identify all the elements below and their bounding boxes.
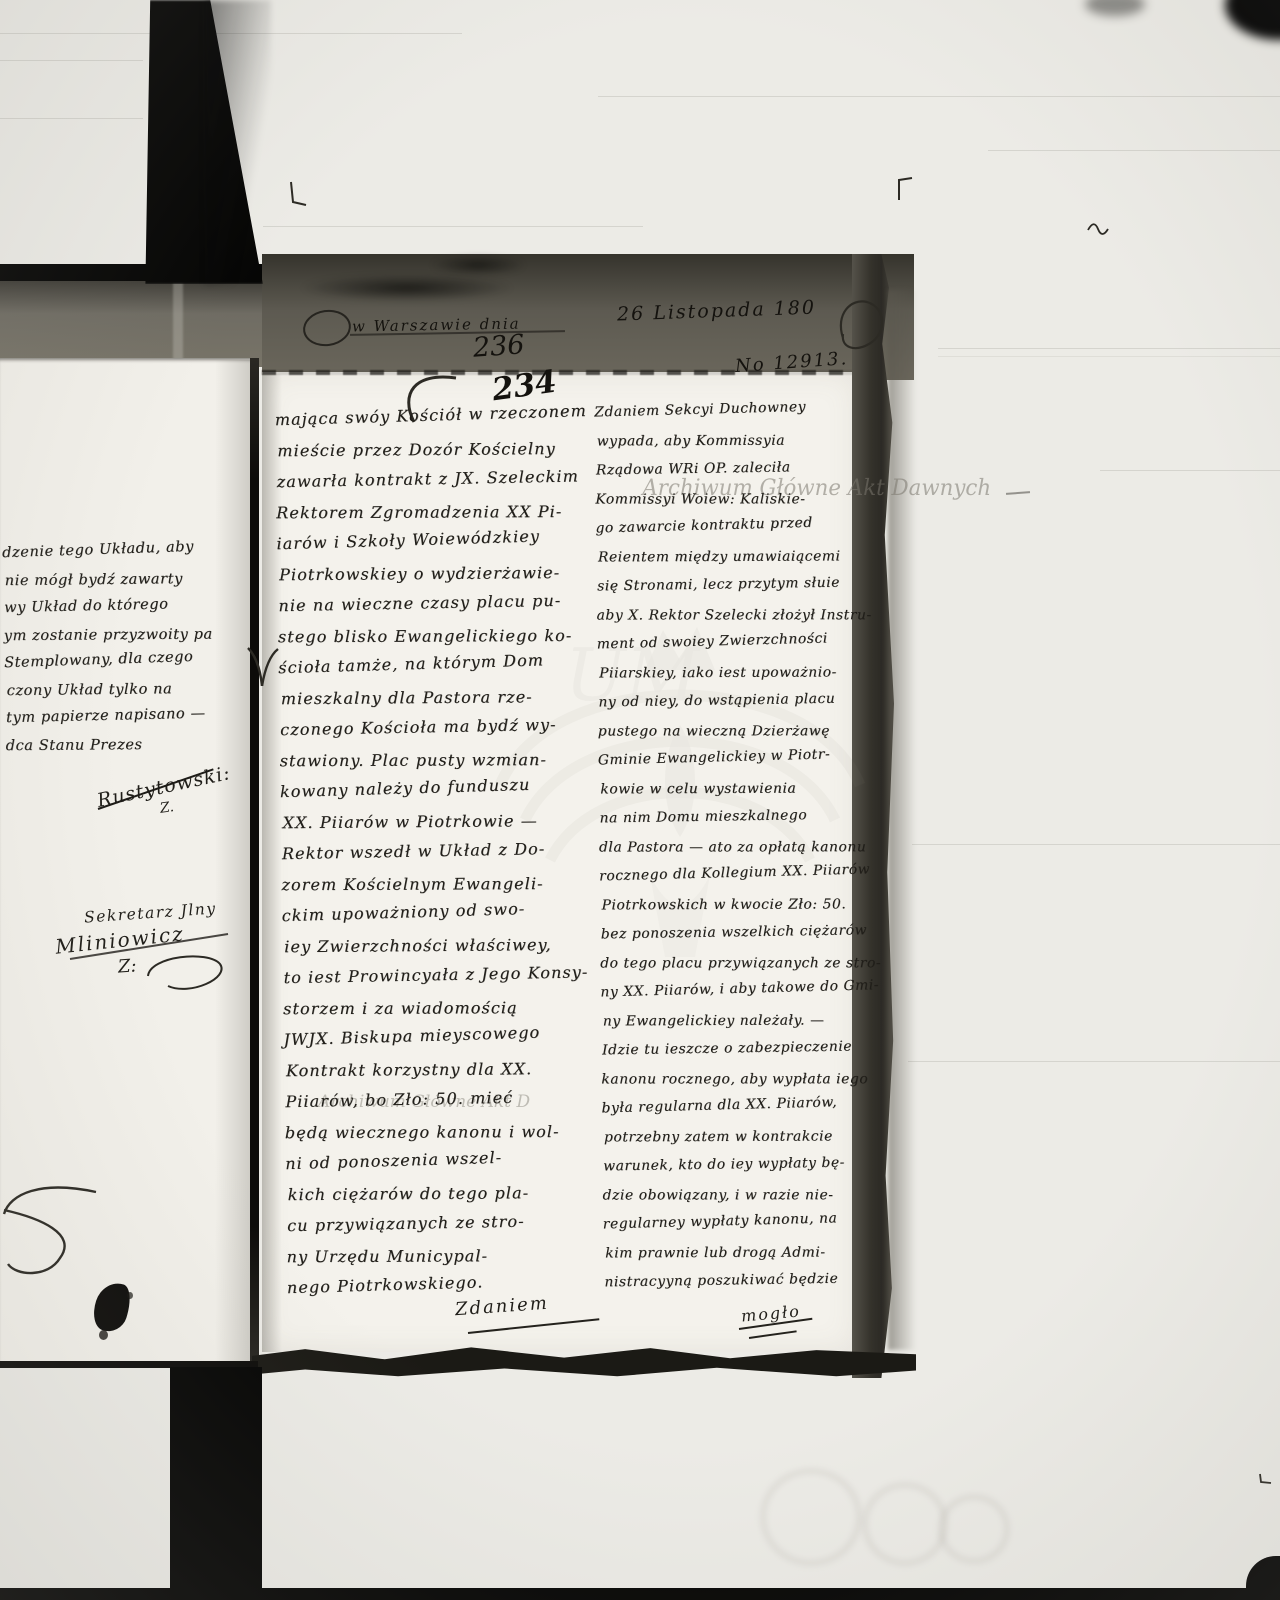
film-bottom-strip	[0, 1588, 1280, 1600]
handwritten-line: Piiarów, bo Zło: 50. mieć	[285, 1086, 606, 1123]
handwritten-line: rocznego dla Kollegium XX. Piiarów	[599, 861, 882, 897]
main-text-column-left: mająca swóy Kościół w rzeczonemmieście p…	[275, 406, 608, 1309]
pen-tick-mark	[1258, 1470, 1272, 1482]
pen-flourish-loop	[833, 294, 895, 352]
handwritten-line: dca Stanu Prezes	[6, 736, 258, 765]
handwritten-line: Idzie tu ieszcze o zabezpieczenie	[602, 1038, 884, 1071]
pen-gamma-mark	[896, 175, 914, 201]
film-scratch	[908, 1061, 1280, 1062]
page-top-dark-blotch	[300, 274, 514, 302]
main-text-column-right: Zdaniem Sekcyi Duchowneywypada, aby Komm…	[594, 402, 885, 1304]
page-right-edge-fade	[888, 290, 916, 1350]
film-scratch	[0, 118, 143, 119]
left-page-text-fragment: dzenie tego Układu, abynie mógł bydź zaw…	[2, 541, 258, 765]
film-scratch	[938, 348, 1280, 349]
watermark-ghost-circle	[938, 1494, 1010, 1564]
page-number-previous: 236	[472, 329, 526, 364]
watermark-ghost-circle	[862, 1482, 948, 1566]
handwritten-line: warunek, kto do iey wypłaty bę-	[603, 1154, 885, 1187]
book-cover-seam	[173, 281, 183, 367]
pen-squiggle-mark	[1087, 221, 1111, 237]
pen-dash-mark	[1006, 491, 1030, 495]
handwritten-line: wy Układ do którego	[4, 594, 257, 627]
handwritten-line: bez ponoszenia wszelkich ciężarów	[601, 922, 883, 955]
handwritten-line: na nim Domu mieszkalnego	[599, 806, 881, 839]
film-frame-corner	[1246, 1556, 1280, 1600]
film-scratch	[263, 226, 643, 227]
film-scratch	[1100, 470, 1280, 471]
ink-blot-dot	[127, 1292, 133, 1299]
handwritten-line: to iest Prowincyała z Jego Konsy-	[283, 962, 604, 999]
handwritten-line: ment od swoiey Zwierzchności	[597, 629, 880, 665]
signature-secretary-suffix: Z:	[117, 955, 137, 977]
film-scratch	[912, 844, 1280, 845]
handwritten-line: regularney wypłaty kanonu, na	[603, 1209, 886, 1245]
film-splice-bottom	[170, 1367, 262, 1600]
handwritten-line: tym papierze napisano —	[6, 704, 259, 737]
film-edge-smudge	[1085, 0, 1145, 16]
binding-gutter-line	[250, 358, 259, 1368]
film-splice-shadow	[205, 0, 271, 285]
handwritten-line: była regularna dla XX. Piiarów,	[601, 1093, 884, 1129]
film-scratch	[598, 96, 1280, 97]
microfilm-scan: Archiwum Główne Akt Dawnych Archiwum Głó…	[0, 0, 1280, 1600]
handwritten-line: Rektor wszedł w Układ z Do-	[282, 838, 603, 875]
watermark-ghost-circle	[760, 1468, 862, 1566]
pen-fork-mark	[247, 646, 279, 686]
pen-l-mark	[288, 181, 308, 207]
handwritten-line: Rządowa WRi OP. zaleciła	[596, 458, 878, 491]
signature-president-suffix: Z.	[159, 799, 175, 817]
handwritten-line: czonego Kościoła ma bydź wy-	[280, 714, 601, 751]
film-scratch	[938, 356, 1280, 357]
ink-blot-dot	[99, 1330, 108, 1340]
pen-signature-loop	[142, 948, 232, 996]
handwritten-line: się Stronami, lecz przytym słuie	[597, 574, 879, 607]
handwritten-line: cu przywiązanych ze stro-	[287, 1210, 608, 1247]
handwritten-line: Gminie Ewangelickiey w Piotr-	[598, 745, 881, 781]
film-scratch	[0, 60, 143, 61]
gutter-shadow	[215, 360, 252, 1362]
handwritten-line: nie na wieczne czasy placu pu-	[278, 590, 599, 627]
handwritten-line: zawarła kontrakt z JX. Szeleckim	[277, 466, 598, 503]
page-top-dark-blotch	[430, 254, 526, 276]
handwritten-line: nistracyyną poszukiwać będzie	[604, 1270, 886, 1303]
handwritten-line: go zawarcie kontraktu przed	[595, 513, 878, 549]
handwritten-line: ny od niey, do wstąpienia placu	[598, 690, 880, 723]
film-scratch	[988, 150, 1280, 151]
handwritten-line: Zdaniem Sekcyi Duchowney	[594, 397, 877, 433]
handwritten-line: ny XX. Piiarów, i aby takowe do Gmi-	[600, 977, 883, 1013]
pen-flourish-partial	[0, 1178, 100, 1282]
film-edge-blob	[1225, 0, 1280, 40]
